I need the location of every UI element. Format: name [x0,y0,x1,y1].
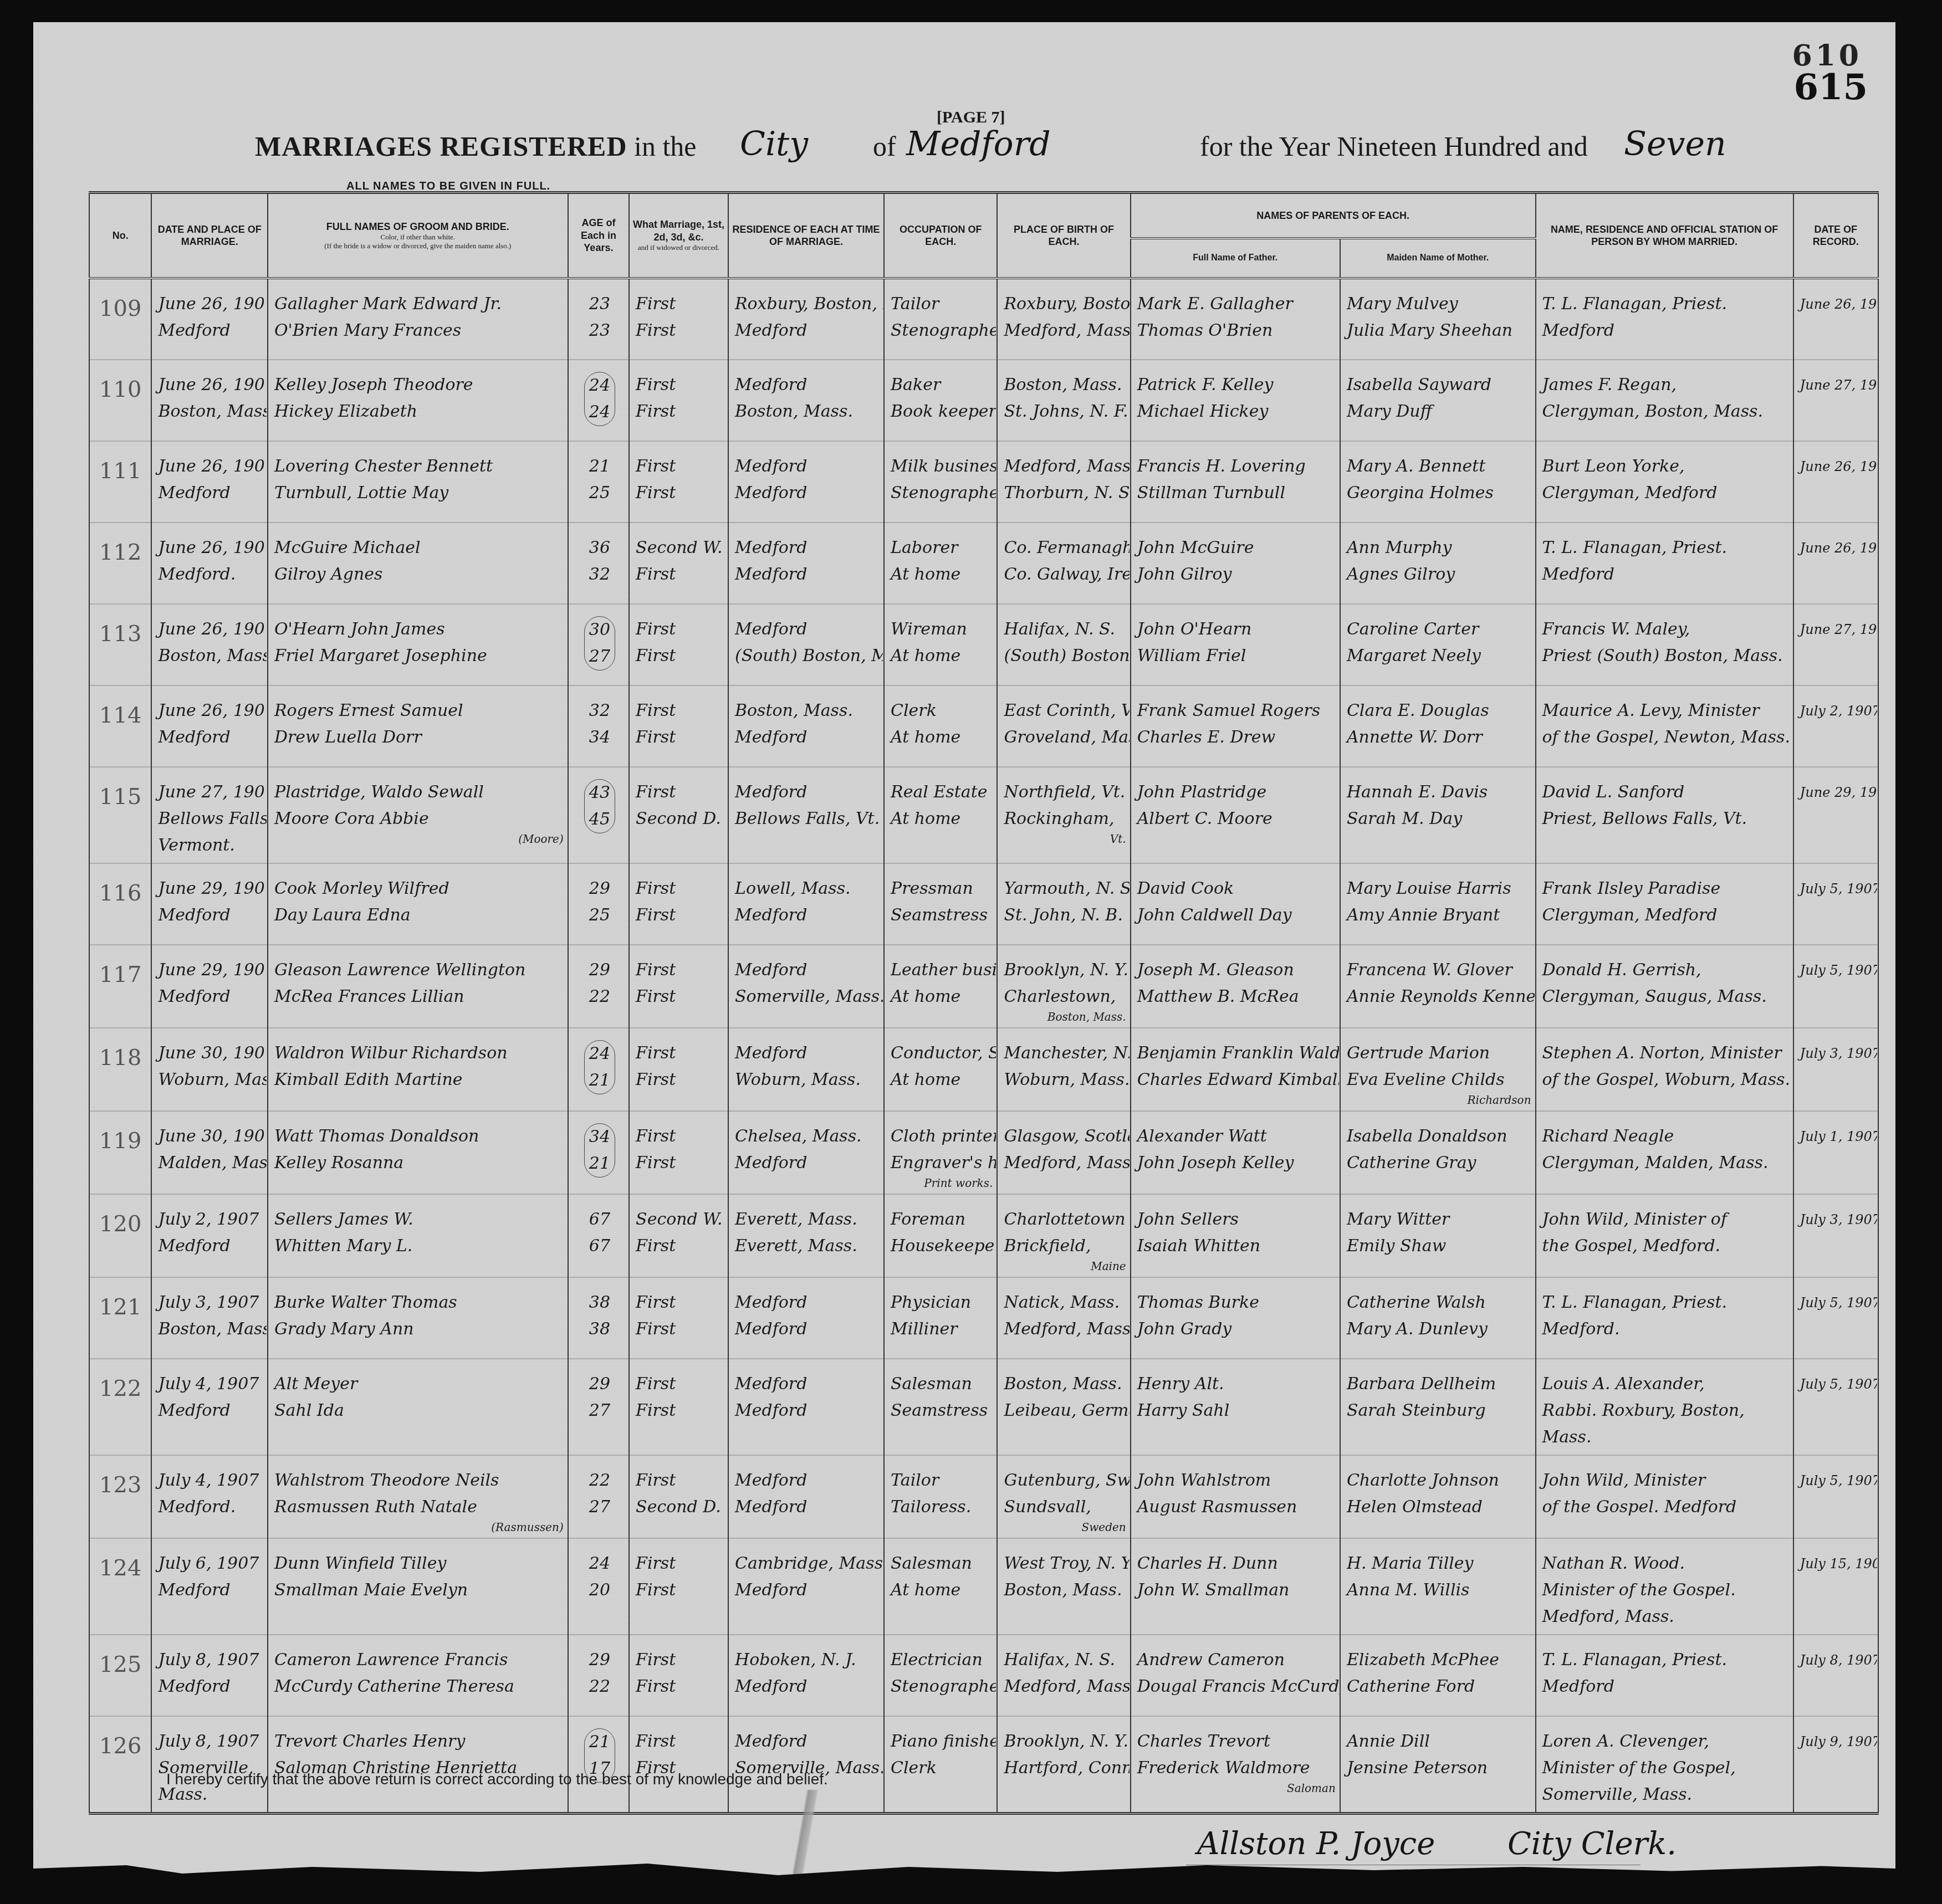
off1: Loren A. Clevenger, [1542,1728,1789,1755]
col-header-record-date: DATE OF RECORD. [1793,193,1878,279]
occ-b: At home [891,1577,993,1604]
mar-g: Second W. [636,1206,724,1233]
recorded: July 5, 1907 [1800,876,1874,902]
occ-b: At home [891,806,993,832]
cell-occupation: BakerBook keeper [884,360,997,441]
cell-date-place: June 30, 1907Woburn, Mass. [151,1028,268,1111]
occ-g: Salesman [891,1371,993,1398]
cell-birthplace: Roxbury, Boston, Mass.Medford, Mass. [997,278,1130,360]
cell-names: Lovering Chester BennettTurnbull, Lottie… [268,441,568,523]
mother-b: Julia Mary Sheehan [1347,318,1531,344]
cell-age: 2922 [568,1635,629,1716]
cell-names: Cameron Lawrence FrancisMcCurdy Catherin… [268,1635,568,1716]
recorded: June 27, 1907 [1800,616,1874,643]
off2: Clergyman, Saugus, Mass. [1542,984,1789,1010]
cell-what-marriage: FirstFirst [629,360,728,441]
cell-what-marriage: FirstFirst [629,1716,728,1814]
res-g: Medford [735,1728,880,1755]
res-b: Bellows Falls, Vt. [735,806,880,832]
off1: David L. Sanford [1542,779,1789,806]
age-group: 2421 [584,1040,615,1094]
age-b: 21 [589,1067,610,1094]
occ-g: Cloth printer [891,1123,993,1150]
cell-date-place: July 6, 1907Medford [151,1538,268,1635]
cell-record-date: July 3, 1907 [1793,1194,1878,1277]
cell-age: 2323 [568,278,629,360]
year-value: Seven [1624,125,1726,163]
cell-date-place: July 4, 1907Medford [151,1359,268,1455]
res-g: Medford [735,1371,880,1398]
entry-number: 125 [89,1635,151,1716]
cell-names: Waldron Wilbur RichardsonKimball Edith M… [268,1028,568,1111]
cell-names: Plastridge, Waldo SewallMoore Cora Abbie… [268,767,568,863]
mother-g: Clara E. Douglas [1347,698,1531,724]
page-label: [PAGE 7] [937,108,1005,127]
cell-father: Mark E. GallagherThomas O'Brien [1131,278,1340,360]
col-header-names: FULL NAMES OF GROOM AND BRIDE. Color, if… [268,193,568,279]
groom: O'Hearn John James [274,616,564,643]
occ-b: Tailoress. [891,1494,993,1521]
age-b: 25 [575,480,625,506]
cell-record-date: July 5, 1907 [1793,945,1878,1028]
clerk-signature: Allston P. Joyce [1197,1826,1435,1862]
cell-age: 4345 [568,767,629,863]
bride: Whitten Mary L. [274,1233,564,1260]
cell-names: Burke Walter ThomasGrady Mary Ann [268,1277,568,1359]
cell-record-date: July 3, 1907 [1793,1028,1878,1111]
cell-names: Kelley Joseph TheodoreHickey Elizabeth [268,360,568,441]
place: Bellows Falls [158,806,263,832]
table-row: 110June 26, 1907Boston, Mass.Kelley Jose… [89,360,1878,441]
occ-g: Tailor [891,291,993,318]
bride: Moore Cora Abbie [274,806,564,832]
father-g: John O'Hearn [1137,616,1336,643]
cell-date-place: June 27, 1907Bellows FallsVermont. [151,767,268,863]
cell-mother: Elizabeth McPheeCatherine Ford [1340,1635,1536,1716]
mar-g: First [636,453,724,480]
age-b: 27 [575,1398,625,1424]
place: Boston, Mass. [158,1316,263,1343]
entry-number: 121 [89,1277,151,1359]
mother-g: Francena W. Glover [1347,957,1531,984]
date: July 4, 1907 [158,1371,263,1398]
cell-mother: Mary WitterEmily Shaw [1340,1194,1536,1277]
cell-names: Sellers James W.Whitten Mary L. [268,1194,568,1277]
res-g: Medford [735,453,880,480]
res-b: Boston, Mass. [735,398,880,425]
off1: Louis A. Alexander, [1542,1371,1789,1398]
place: Malden, Mass. [158,1150,263,1176]
age-group: 2922 [575,1647,625,1700]
off2: Priest, Bellows Falls, Vt. [1542,806,1789,832]
entry-number: 120 [89,1194,151,1277]
res-g: Medford [735,779,880,806]
place: Medford [158,1577,263,1604]
entry-number: 112 [89,523,151,604]
mar-g: Second W. [636,535,724,561]
recorded: July 9, 1907 [1800,1728,1874,1755]
cell-names: Dunn Winfield TilleySmallman Maie Evelyn [268,1538,568,1635]
mother-b: Sarah M. Day [1347,806,1531,832]
birth-b: Thorburn, N. S. [1004,480,1126,506]
table-row: 120July 2, 1907MedfordSellers James W.Wh… [89,1194,1878,1277]
cell-residence: Chelsea, Mass.Medford [728,1111,884,1194]
groom: Sellers James W. [274,1206,564,1233]
cell-father: David CookJohn Caldwell Day [1131,863,1340,945]
bride: Day Laura Edna [274,902,564,929]
father-g: Patrick F. Kelley [1137,372,1336,398]
age-b: 38 [575,1316,625,1343]
cell-birthplace: Halifax, N. S.(South) Boston, Mass. [997,604,1130,685]
father-b: John Gilroy [1137,561,1336,588]
mar-g: First [636,779,724,806]
cell-father: Henry Alt.Harry Sahl [1131,1359,1340,1455]
entry-number: 118 [89,1028,151,1111]
birth-g: Manchester, N. H. [1004,1040,1126,1067]
cell-birthplace: Yarmouth, N. S.St. John, N. B. [997,863,1130,945]
table-row: 121July 3, 1907Boston, Mass.Burke Walter… [89,1277,1878,1359]
groom: Watt Thomas Donaldson [274,1123,564,1150]
cell-residence: MedfordWoburn, Mass. [728,1028,884,1111]
mother-b: Anna M. Willis [1347,1577,1531,1604]
occ-g: Conductor, St. Ry. [891,1040,993,1067]
off1: James F. Regan, [1542,372,1789,398]
mar-g: First [636,616,724,643]
age-group: 2420 [575,1550,625,1604]
cell-age: 2922 [568,945,629,1028]
mar-b: First [636,1577,724,1604]
cell-occupation: PressmanSeamstress [884,863,997,945]
off2: of the Gospel, Woburn, Mass. [1542,1067,1789,1093]
off2: of the Gospel, Newton, Mass. [1542,724,1789,751]
cell-mother: Ann MurphyAgnes Gilroy [1340,523,1536,604]
birth-g: Glasgow, Scotland [1004,1123,1126,1150]
cell-age: 2125 [568,441,629,523]
cell-date-place: July 8, 1907Medford [151,1635,268,1716]
mar-b: First [636,318,724,344]
res-b: Everett, Mass. [735,1233,880,1260]
date: June 26, 1907 [158,291,263,318]
title-in-the: in the [634,131,696,162]
groom: Burke Walter Thomas [274,1289,564,1316]
folio-number: 615 [1793,66,1868,108]
off1: T. L. Flanagan, Priest. [1542,535,1789,561]
cell-what-marriage: FirstFirst [629,1359,728,1455]
father-g: Charles H. Dunn [1137,1550,1336,1577]
table-row: 125July 8, 1907MedfordCameron Lawrence F… [89,1635,1878,1716]
occ-b: Seamstress [891,1398,993,1424]
entry-number: 109 [89,278,151,360]
age-group: 2125 [575,453,625,506]
father-b: Charles E. Drew [1137,724,1336,751]
cell-occupation: TailorStenographer [884,278,997,360]
cell-date-place: June 26, 1907Medford. [151,523,268,604]
recorded: July 5, 1907 [1800,1467,1874,1494]
cell-record-date: July 15, 1907 [1793,1538,1878,1635]
birth-g: Boston, Mass. [1004,372,1126,398]
date: June 26, 1907 [158,453,263,480]
entry-number: 113 [89,604,151,685]
mother-b: Catherine Gray [1347,1150,1531,1176]
col-header-date-place: DATE AND PLACE OF MARRIAGE. [151,193,268,279]
cell-birthplace: Charlottetown P. E. I.Brickfield,Maine [997,1194,1130,1277]
mother-g: Charlotte Johnson [1347,1467,1531,1494]
title-prefix: MARRIAGES REGISTERED [255,131,627,162]
cell-date-place: June 26, 1907Medford [151,278,268,360]
cell-what-marriage: FirstFirst [629,604,728,685]
certification-statement: I hereby certify that the above return i… [166,1770,828,1788]
entry-number: 119 [89,1111,151,1194]
mother-note: Richardson [1347,1093,1531,1107]
entry-number: 111 [89,441,151,523]
cell-age: 2421 [568,1028,629,1111]
occ-b: At home [891,724,993,751]
birth-b: St. Johns, N. F. [1004,398,1126,425]
off2: Minister of the Gospel. [1542,1577,1789,1604]
occ-b: At home [891,561,993,588]
register-rows: 109June 26, 1907MedfordGallagher Mark Ed… [89,278,1878,1814]
father-b: William Friel [1137,643,1336,669]
res-b: Medford [735,561,880,588]
mother-b: Eva Eveline Childs [1347,1067,1531,1093]
cell-birthplace: Northfield, Vt.Rockingham,Vt. [997,767,1130,863]
table-row: 117June 29, 1907MedfordGleason Lawrence … [89,945,1878,1028]
res-g: Lowell, Mass. [735,876,880,902]
cell-occupation: PhysicianMilliner [884,1277,997,1359]
birth-b: Woburn, Mass. [1004,1067,1126,1093]
age-g: 29 [575,1371,625,1398]
father-b: Dougal Francis McCurdy [1137,1673,1336,1700]
age-b: 22 [575,1673,625,1700]
cell-record-date: June 26, 1907 [1793,278,1878,360]
date: July 6, 1907 [158,1550,263,1577]
birth-g: Halifax, N. S. [1004,616,1126,643]
cell-names: Cook Morley WilfredDay Laura Edna [268,863,568,945]
mar-b: First [636,1150,724,1176]
age-group: 3027 [584,616,615,671]
cell-age: 3234 [568,685,629,767]
bride: Hickey Elizabeth [274,398,564,425]
place: Medford [158,1233,263,1260]
cell-age: 6767 [568,1194,629,1277]
col-header-birthplace: PLACE OF BIRTH OF EACH. [997,193,1130,279]
age-group: 3234 [575,698,625,751]
cell-residence: MedfordMedford [728,441,884,523]
birth-b: St. John, N. B. [1004,902,1126,929]
mar-g: First [636,1550,724,1577]
cell-occupation: ForemanHousekeeper [884,1194,997,1277]
bride: Grady Mary Ann [274,1316,564,1343]
cell-mother: Caroline CarterMargaret Neely [1340,604,1536,685]
birth-note: Boston, Mass. [1004,1010,1126,1023]
res-b: Medford [735,902,880,929]
cell-birthplace: Boston, Mass.Leibeau, Germany [997,1359,1130,1455]
off3: Medford, Mass. [1542,1604,1789,1630]
cell-age: 2227 [568,1455,629,1538]
cell-birthplace: Brooklyn, N. Y.Charlestown,Boston, Mass. [997,945,1130,1028]
mother-g: Isabella Donaldson [1347,1123,1531,1150]
res-b: Medford [735,1494,880,1521]
age-group: 2922 [575,957,625,1010]
off2: the Gospel, Medford. [1542,1233,1789,1260]
groom: Kelley Joseph Theodore [274,372,564,398]
age-g: 22 [575,1467,625,1494]
groom: Lovering Chester Bennett [274,453,564,480]
date: June 26, 1907 [158,535,263,561]
cell-occupation: SalesmanSeamstress [884,1359,997,1455]
birth-g: Halifax, N. S. [1004,1647,1126,1673]
recorded: July 8, 1907 [1800,1647,1874,1673]
cell-age: 2117 [568,1716,629,1814]
father-b: Isaiah Whitten [1137,1233,1336,1260]
res-g: Boston, Mass. [735,698,880,724]
register-title: MARRIAGES REGISTERED in the [PAGE 7] Cit… [255,130,1751,180]
res-b: Medford [735,1398,880,1424]
father-g: John McGuire [1137,535,1336,561]
col-header-no: No. [89,193,151,279]
off1: T. L. Flanagan, Priest. [1542,1289,1789,1316]
cell-date-place: June 26, 1907Medford [151,441,268,523]
age-b: 27 [589,643,610,670]
occ-g: Pressman [891,876,993,902]
age-g: 24 [575,1550,625,1577]
occ-g: Real Estate [891,779,993,806]
cell-father: Benjamin Franklin WaldronCharles Edward … [1131,1028,1340,1111]
off1: Francis W. Maley, [1542,616,1789,643]
recorded: July 3, 1907 [1800,1206,1874,1233]
father-b: John Caldwell Day [1137,902,1336,929]
paper-tear [787,1790,820,1879]
age-group: 2925 [575,876,625,929]
entry-number: 110 [89,360,151,441]
bride: Friel Margaret Josephine [274,643,564,669]
cell-names: Rogers Ernest SamuelDrew Luella Dorr [268,685,568,767]
father-note: Saloman [1137,1782,1336,1795]
date: July 4, 1907 [158,1467,263,1494]
mar-b: First [636,984,724,1010]
cell-date-place: July 3, 1907Boston, Mass. [151,1277,268,1359]
groom: Waldron Wilbur Richardson [274,1040,564,1067]
table-row: 119June 30, 1907Malden, Mass.Watt Thomas… [89,1111,1878,1194]
place: Medford. [158,561,263,588]
cell-record-date: July 5, 1907 [1793,863,1878,945]
age-g: 43 [589,780,610,806]
date: June 27, 1907 [158,779,263,806]
entry-number: 117 [89,945,151,1028]
cell-mother: Isabella SaywardMary Duff [1340,360,1536,441]
father-g: John Wahlstrom [1137,1467,1336,1494]
age-b: 67 [575,1233,625,1260]
place: Woburn, Mass. [158,1067,263,1093]
date: June 26, 1907 [158,698,263,724]
age-g: 30 [589,617,610,643]
bride: Smallman Maie Evelyn [274,1577,564,1604]
cell-age: 2424 [568,360,629,441]
cell-birthplace: Halifax, N. S.Medford, Mass. [997,1635,1130,1716]
cell-birthplace: Manchester, N. H.Woburn, Mass. [997,1028,1130,1111]
age-g: 23 [575,291,625,318]
birth-b: Medford, Mass. [1004,1316,1126,1343]
birth-g: Boston, Mass. [1004,1371,1126,1398]
col-header-father: Full Name of Father. [1131,238,1340,278]
cell-occupation: LaborerAt home [884,523,997,604]
off2: of the Gospel. Medford [1542,1494,1789,1521]
father-b: Matthew B. McRea [1137,984,1336,1010]
mar-b: Second D. [636,806,724,832]
mother-g: H. Maria Tilley [1347,1550,1531,1577]
mother-g: Mary Witter [1347,1206,1531,1233]
cell-officiant: Stephen A. Norton, Ministerof the Gospel… [1536,1028,1793,1111]
mar-g: First [636,372,724,398]
date: June 29, 1907 [158,876,263,902]
mother-g: Catherine Walsh [1347,1289,1531,1316]
date: June 29, 1907 [158,957,263,984]
cell-birthplace: West Troy, N. Y.Boston, Mass. [997,1538,1130,1635]
mar-g: First [636,1728,724,1755]
age-g: 29 [575,957,625,984]
res-g: Medford [735,616,880,643]
mar-b: First [636,561,724,588]
entry-number: 116 [89,863,151,945]
cell-residence: Boston, Mass.Medford [728,685,884,767]
groom: McGuire Michael [274,535,564,561]
res-g: Roxbury, Boston, Mass. [735,291,880,318]
cell-birthplace: Co. Fermanagh, Ire.Co. Galway, Ire. [997,523,1130,604]
cell-occupation: SalesmanAt home [884,1538,997,1635]
birth-b: Boston, Mass. [1004,1577,1126,1604]
cell-occupation: TailorTailoress. [884,1455,997,1538]
birth-b: Leibeau, Germany [1004,1398,1126,1424]
res-g: Chelsea, Mass. [735,1123,880,1150]
birth-b: (South) Boston, Mass. [1004,643,1126,669]
groom: Gallagher Mark Edward Jr. [274,291,564,318]
cell-what-marriage: Second W.First [629,523,728,604]
mar-g: First [636,1123,724,1150]
father-g: Charles Trevort [1137,1728,1336,1755]
mother-b: Mary Duff [1347,398,1531,425]
birth-g: Brooklyn, N. Y. [1004,957,1126,984]
entry-number: 126 [89,1716,151,1814]
res-b: Medford [735,1673,880,1700]
cell-occupation: Milk businessStenographer [884,441,997,523]
clerk-title: City Clerk. [1507,1826,1677,1862]
father-g: Frank Samuel Rogers [1137,698,1336,724]
recorded: July 15, 1907 [1800,1550,1874,1577]
mother-g: Mary A. Bennett [1347,453,1531,480]
occ-g: Physician [891,1289,993,1316]
cell-date-place: July 8, 1907Somerville,Mass. [151,1716,268,1814]
cell-father: John SellersIsaiah Whitten [1131,1194,1340,1277]
occ-g: Wireman [891,616,993,643]
res-b: Medford [735,1150,880,1176]
mar-g: First [636,876,724,902]
birth-b: Brickfield, [1004,1233,1126,1260]
mother-b: Sarah Steinburg [1347,1398,1531,1424]
age-group: 2927 [575,1371,625,1424]
cell-age: 2925 [568,863,629,945]
off1: Richard Neagle [1542,1123,1789,1150]
place: Medford [158,724,263,751]
birth-note: Sweden [1004,1521,1126,1534]
cell-what-marriage: FirstFirst [629,1538,728,1635]
occ-b: Clerk [891,1755,993,1782]
off1: Donald H. Gerrish, [1542,957,1789,984]
cell-what-marriage: FirstFirst [629,278,728,360]
off1: Stephen A. Norton, Minister [1542,1040,1789,1067]
place: Medford [158,1398,263,1424]
recorded: June 29, 1907 [1800,779,1874,806]
cell-residence: Roxbury, Boston, Mass.Medford [728,278,884,360]
